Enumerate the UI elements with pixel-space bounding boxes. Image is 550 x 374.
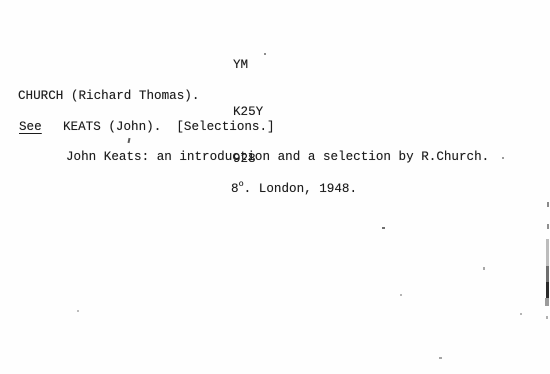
imprint-rest: . London, 1948. <box>244 182 357 196</box>
scan-artifact <box>520 313 522 315</box>
scan-artifact <box>77 310 79 312</box>
see-label: See <box>19 119 42 135</box>
scan-edge-streak <box>545 298 549 306</box>
catalogue-card: YM K25Y 928 CHURCH (Richard Thomas). See… <box>0 0 550 374</box>
scan-edge-streak <box>546 239 549 282</box>
scan-edge-streak <box>546 282 549 298</box>
shelfmark-line-1: YM <box>233 58 263 74</box>
scan-edge-streak <box>547 224 549 229</box>
scan-edge-streak <box>546 316 548 319</box>
see-reference: KEATS (John). [Selections.] <box>63 119 275 135</box>
scan-artifact <box>264 53 266 55</box>
imprint-line: 8o. London, 1948. <box>231 181 357 197</box>
scan-artifact <box>439 357 442 359</box>
scan-artifact <box>382 227 385 229</box>
imprint-size-ordinal: o <box>239 179 244 189</box>
shelfmark-block: YM K25Y 928 <box>233 26 263 200</box>
scan-artifact <box>128 138 131 143</box>
scan-artifact <box>483 267 485 270</box>
scan-artifact <box>400 294 402 296</box>
title-statement: John Keats: an introduction and a select… <box>66 149 489 165</box>
author-heading: CHURCH (Richard Thomas). <box>18 88 199 104</box>
scan-edge-streak <box>546 266 549 282</box>
scan-artifact <box>502 157 504 159</box>
imprint-size-number: 8 <box>231 182 239 196</box>
scan-edge-streak <box>547 202 549 207</box>
